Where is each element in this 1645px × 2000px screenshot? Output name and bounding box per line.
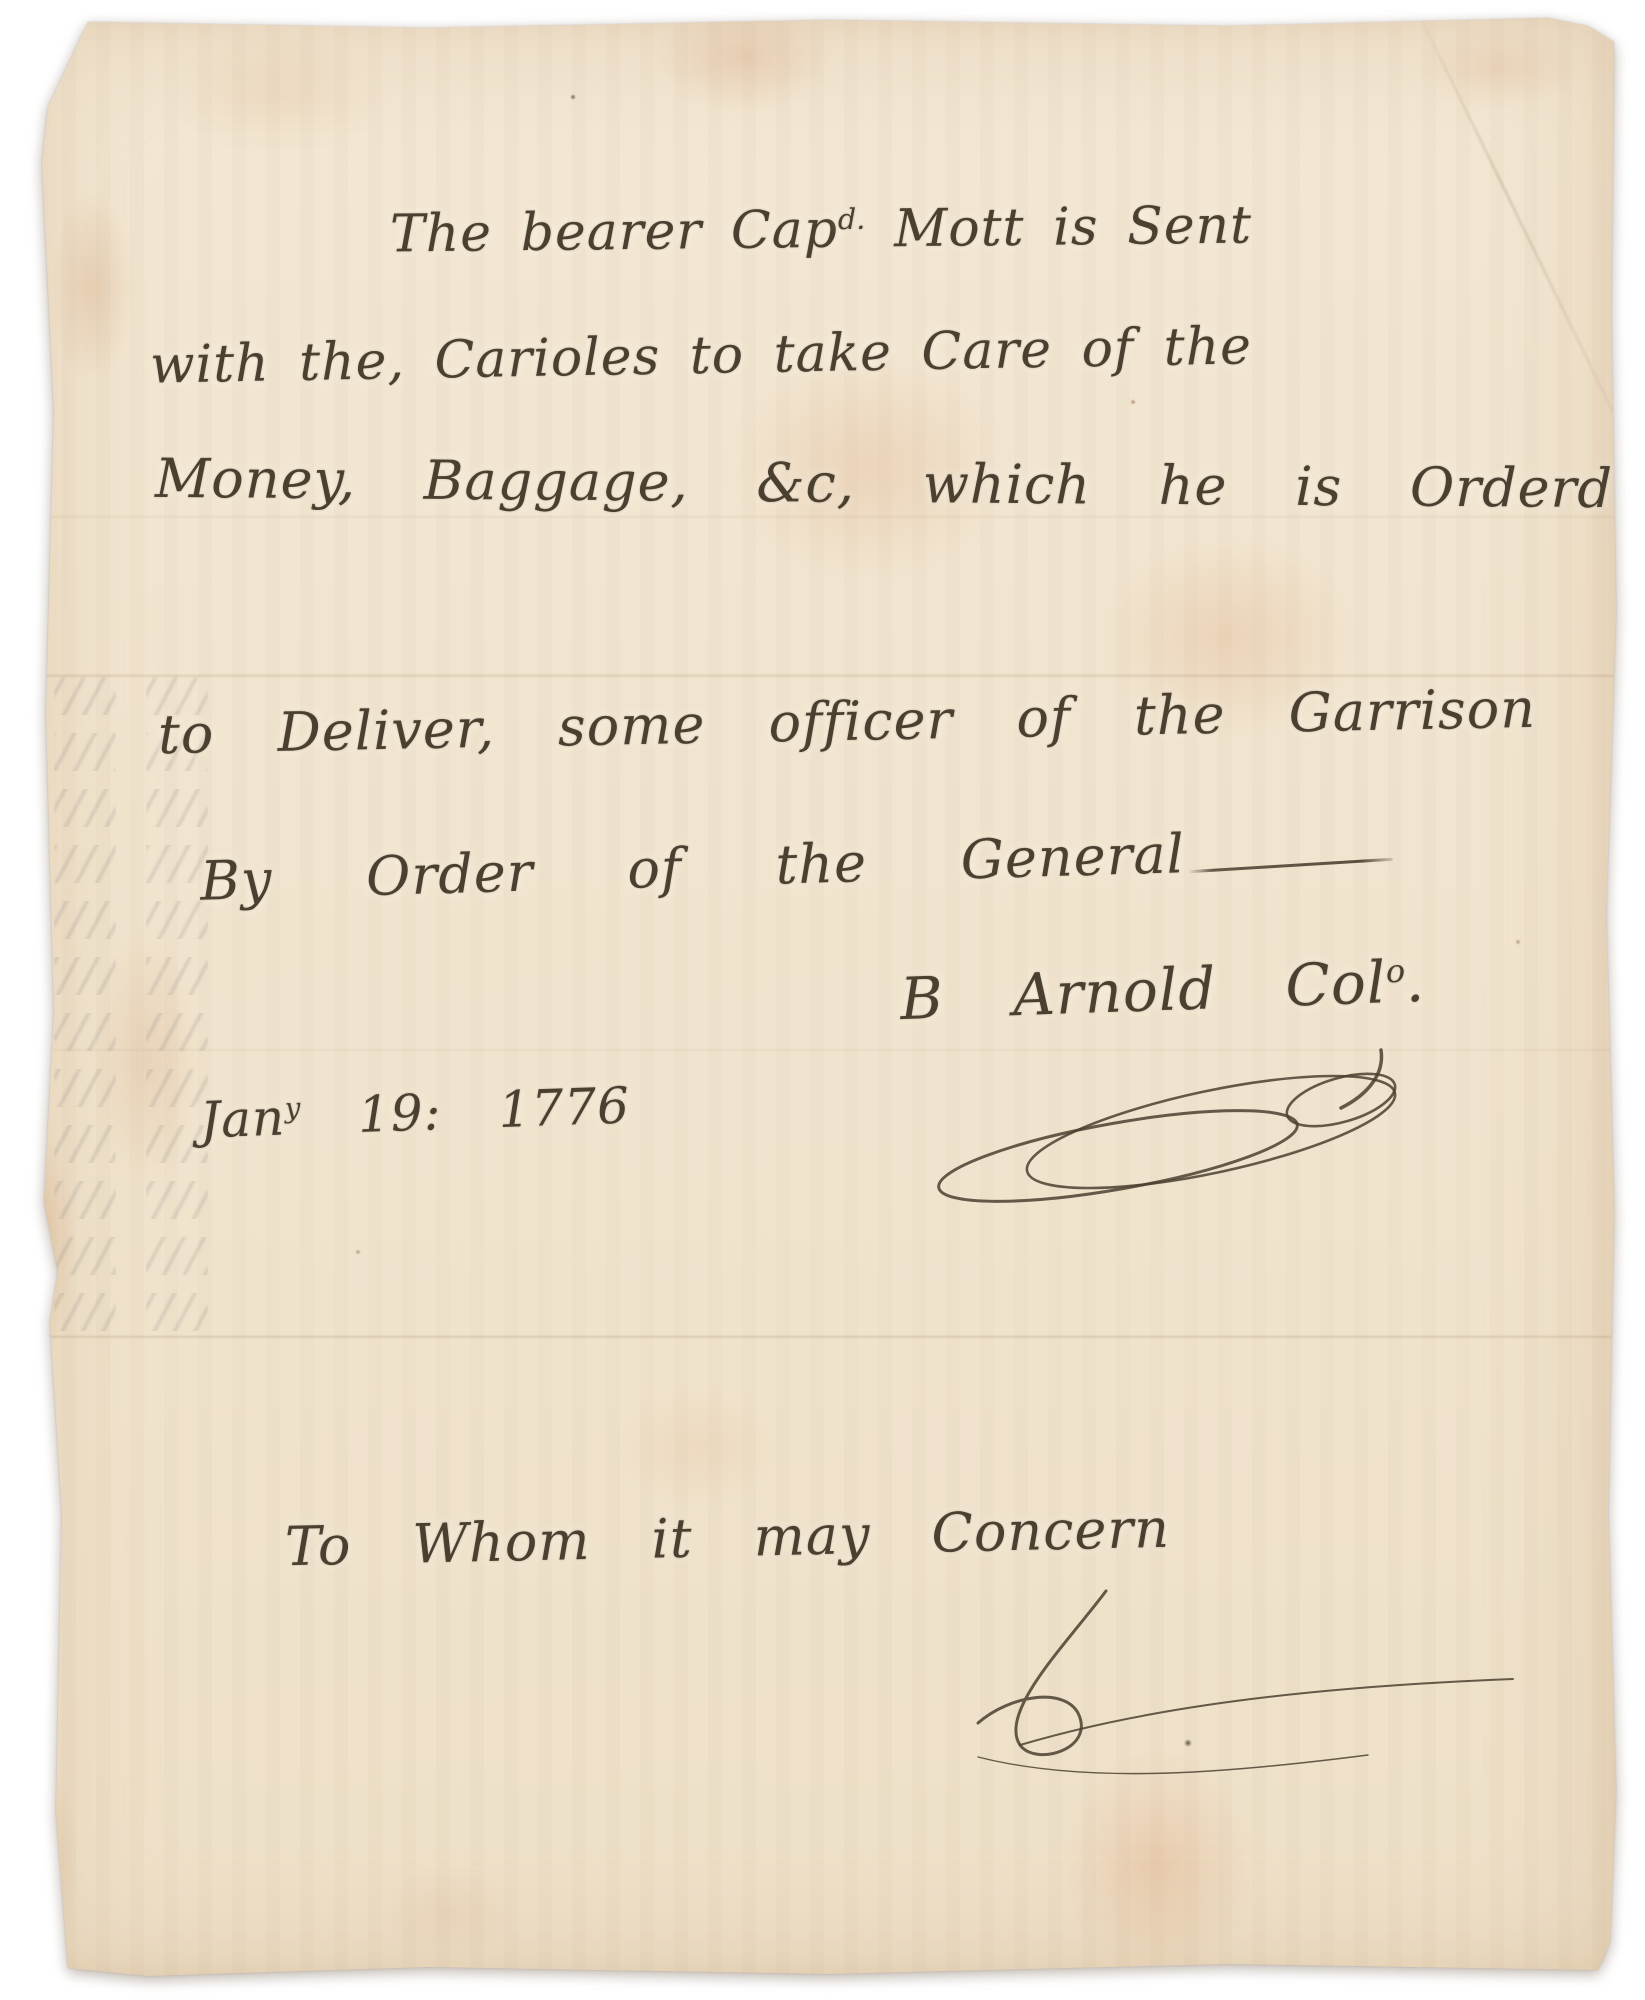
addressee-line: To Whom it may Concern: [284, 1497, 1170, 1579]
line-4-text: to Deliver, some officer of the Garrison: [158, 677, 1537, 766]
showthrough-column-1: [54, 677, 116, 1342]
line-3-text: Money, Baggage, &c, which he is Orderd: [155, 447, 1613, 520]
signature-paraph-flourish: [913, 1048, 1428, 1213]
line-5-text: By Order of the General: [199, 822, 1185, 912]
corner-crease-top-right: [1421, 20, 1621, 427]
showthrough-column-2: [146, 677, 208, 1342]
date-text-end: 19: 1776: [300, 1077, 631, 1146]
signature-superscript: o: [1385, 952, 1406, 991]
fold-crease-lower: [28, 1335, 1616, 1339]
letter-line-1: The bearer Capd. Mott is Sent: [390, 195, 1253, 264]
line-1-text: The bearer Cap: [390, 200, 839, 265]
date-text: Jan: [199, 1089, 286, 1150]
signature-line: B Arnold Colo.: [899, 947, 1426, 1033]
manuscript-paper: The bearer Capd. Mott is Sent with the, …: [28, 12, 1616, 1980]
general-dash-flourish: [1188, 858, 1393, 874]
letter-line-5: By Order of the General: [199, 822, 1185, 912]
line-1-text-end: Mott is Sent: [865, 195, 1252, 259]
letter-line-3: Money, Baggage, &c, which he is Orderd: [155, 447, 1613, 520]
signature-text: B Arnold Col: [899, 948, 1387, 1033]
signature-text-end: .: [1404, 947, 1426, 1016]
concern-underline-flourish: [668, 1587, 1518, 1792]
verso-showthrough-writing: [48, 677, 223, 1342]
letter-line-2: with the, Carioles to take Care of the: [150, 316, 1253, 395]
paper-shadow-wrap: The bearer Capd. Mott is Sent with the, …: [0, 0, 1645, 2000]
letter-line-4: to Deliver, some officer of the Garrison: [158, 677, 1537, 766]
line-2-text: with the, Carioles to take Care of the: [150, 316, 1253, 395]
date-line: Jany 19: 1776: [199, 1077, 631, 1150]
addressee-text: To Whom it may Concern: [284, 1497, 1170, 1579]
date-superscript: y: [284, 1092, 301, 1125]
scanned-letter-page: The bearer Capd. Mott is Sent with the, …: [0, 0, 1645, 2000]
line-1-superscript: d.: [838, 202, 866, 236]
fold-crease-middle: [28, 674, 1616, 678]
